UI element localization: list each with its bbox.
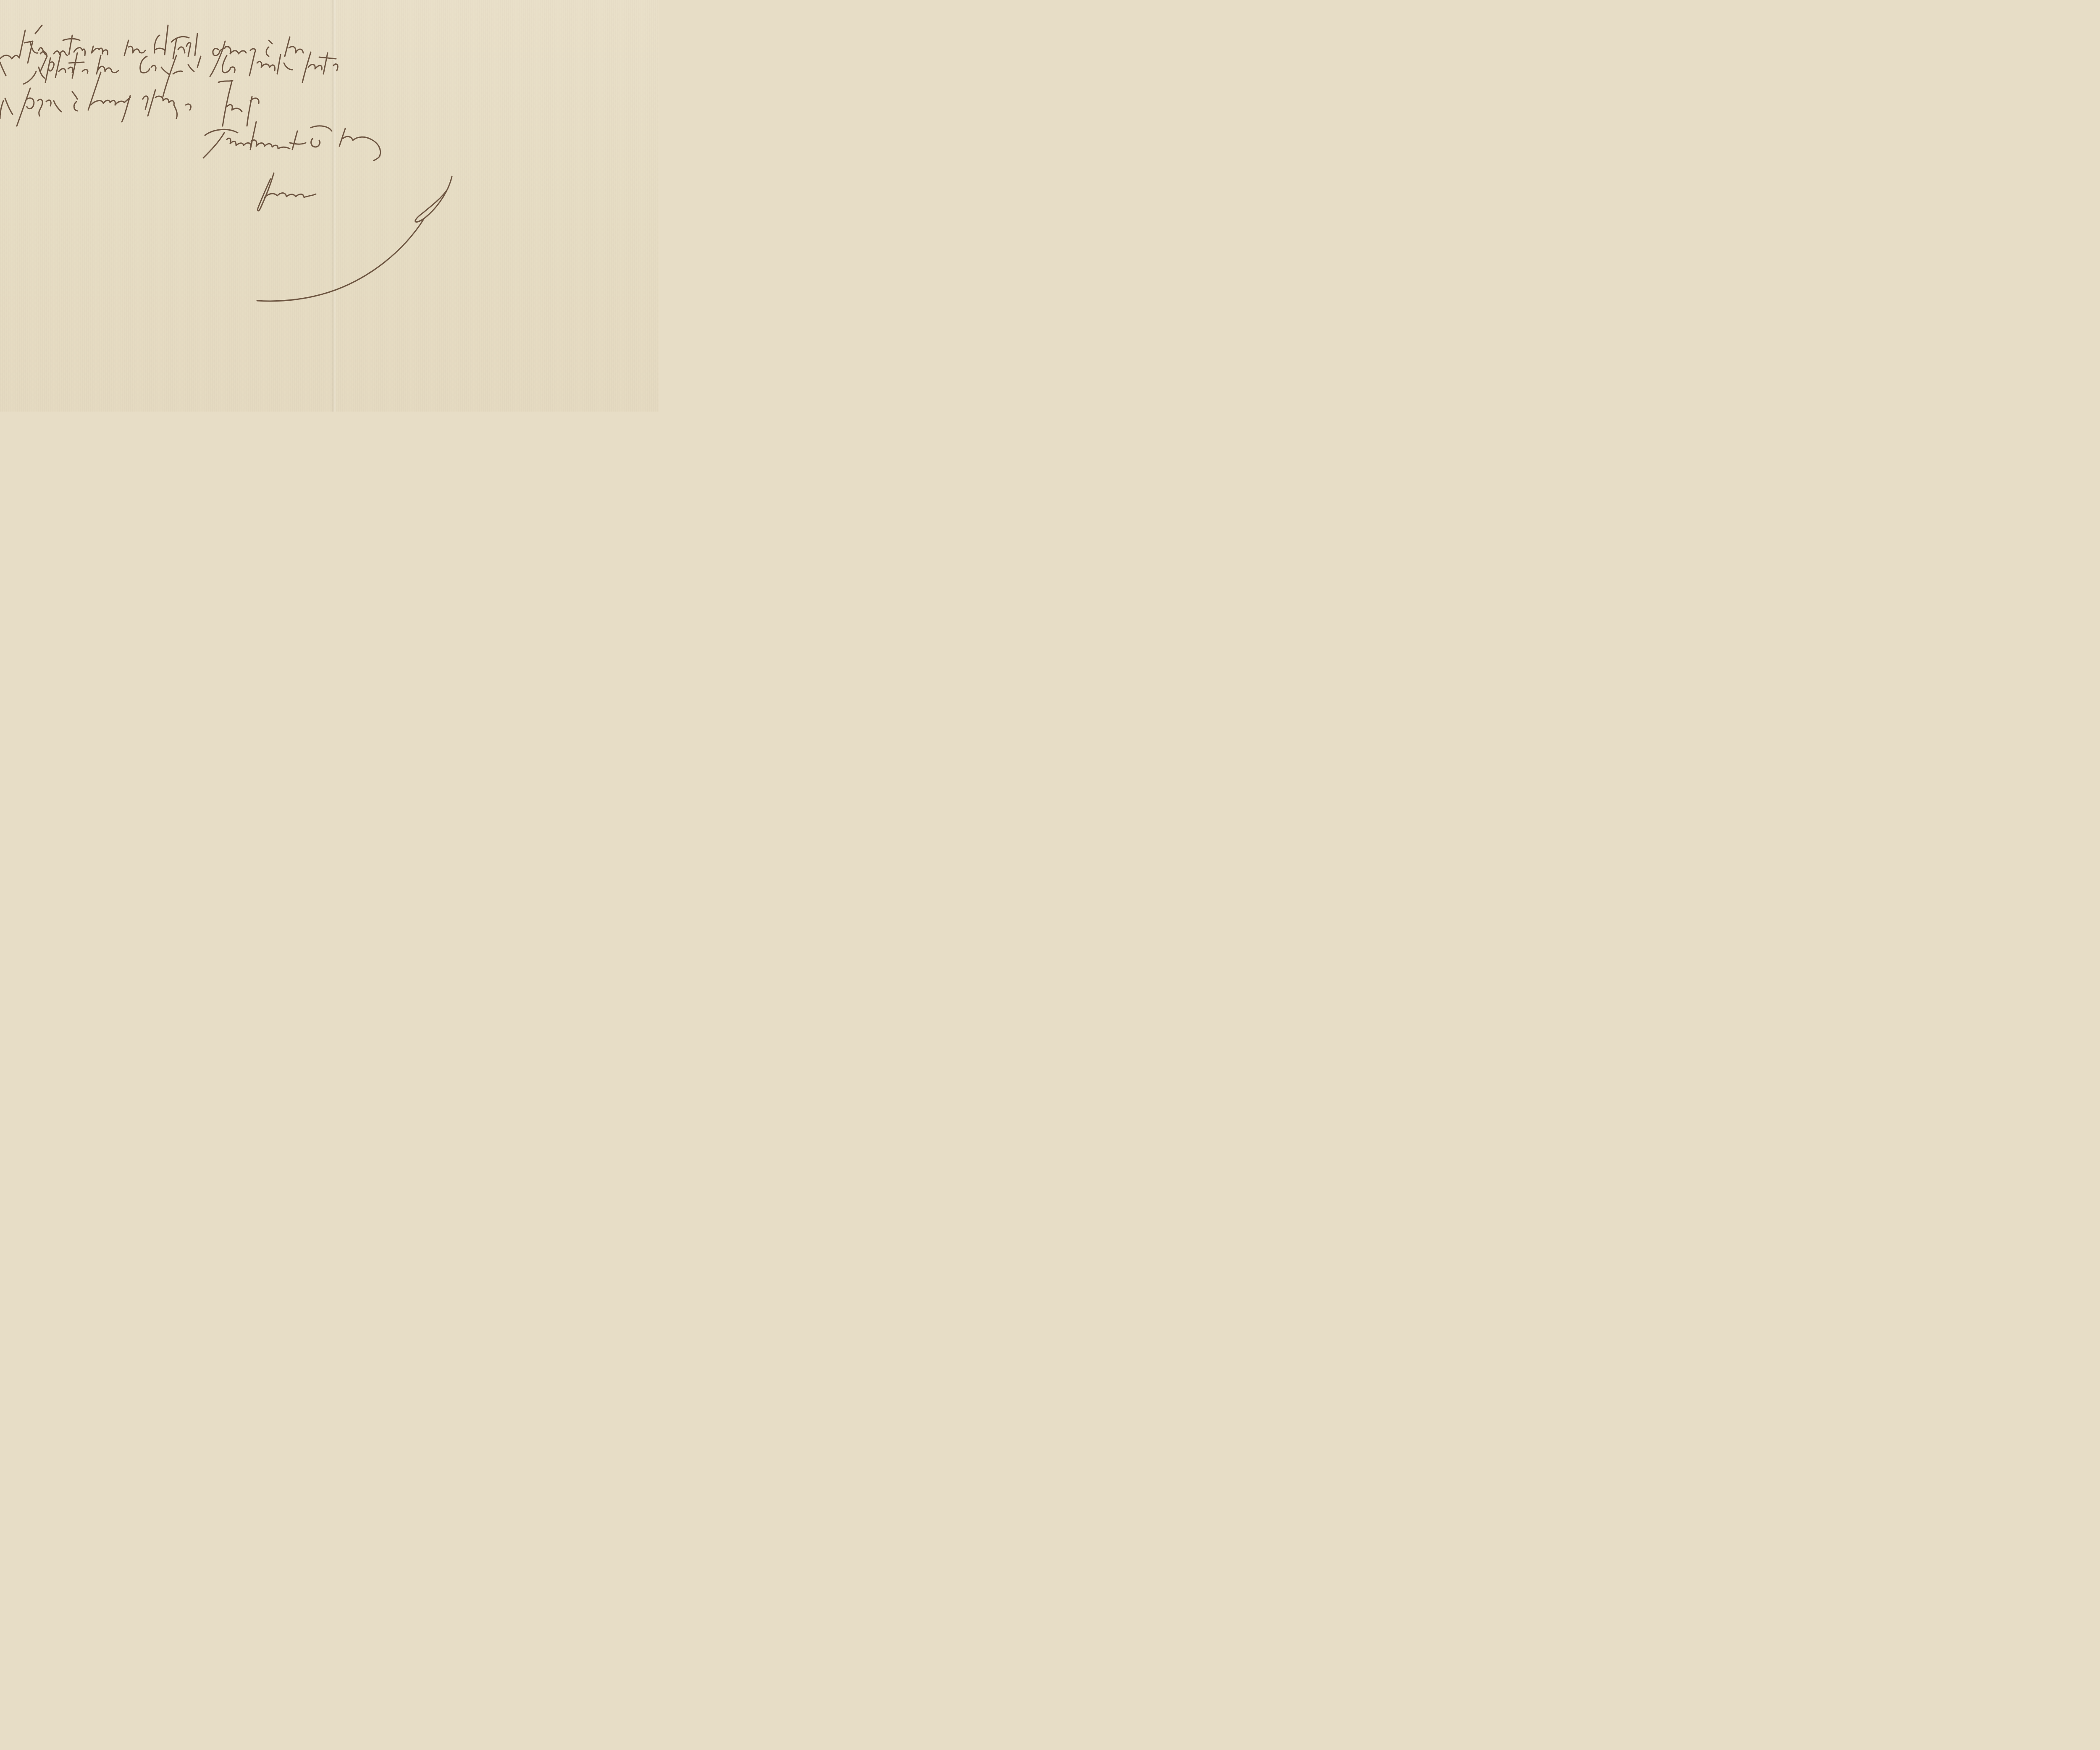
handwriting <box>0 0 659 412</box>
closing-line <box>203 122 381 160</box>
handwritten-line-3 <box>0 72 259 126</box>
handwritten-line-2 <box>0 52 338 97</box>
handwritten-line-1 <box>0 25 303 76</box>
signature <box>257 173 452 301</box>
